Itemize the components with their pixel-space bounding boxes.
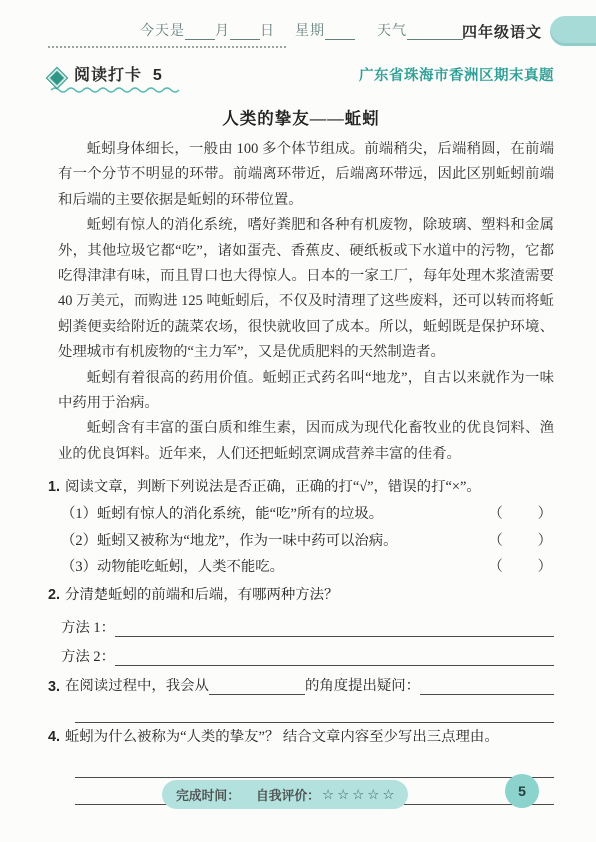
footer-summary-pill: 完成时间： 自我评价： ☆☆☆☆☆ (162, 780, 408, 809)
question-number: 3. (48, 679, 60, 695)
answer-bracket[interactable]: （ ） (488, 554, 554, 581)
method-1-blank[interactable] (115, 616, 554, 637)
passage-paragraph: 蚯蚓身体细长，一般由 100 多个体节组成。前端稍尖，后端稍圆，在前端有一个分节… (58, 137, 554, 213)
month-blank[interactable] (185, 25, 215, 40)
question-number: 1. (48, 479, 60, 495)
page-number-badge: 5 (505, 774, 539, 808)
doubt-blank[interactable] (420, 674, 554, 695)
month-label: 月 (215, 20, 230, 40)
true-false-item: （2）蚯蚓又被称为“地龙”，作为一味中药可以治病。 （ ） (48, 528, 554, 555)
article-title: 人类的挚友——蚯蚓 (48, 105, 554, 129)
answer-line[interactable] (75, 751, 554, 778)
question-2-text: 2.分清楚蚯蚓的前端和后端，有哪两种方法？ (48, 582, 554, 609)
date-prefix-label: 今天是 (140, 20, 185, 40)
question-1: 1.阅读文章，判断下列说法是否正确，正确的打“√”，错误的打“×”。 （1）蚯蚓… (48, 474, 554, 581)
question-1-text: 1.阅读文章，判断下列说法是否正确，正确的打“√”，错误的打“×”。 (48, 474, 554, 501)
answer-bracket[interactable]: （ ） (488, 528, 554, 555)
week-blank[interactable] (325, 25, 355, 40)
method-2-label: 方法 2： (61, 645, 115, 666)
item-text: （3）动物能吃蚯蚓，人类不能吃。 (61, 554, 284, 581)
question-3: 3.在阅读过程中，我会从的角度提出疑问： (48, 667, 554, 723)
passage-paragraph: 蚯蚓有惊人的消化系统，嗜好粪肥和各种有机废物，除玻璃、塑料和金属外，其他垃圾它都… (58, 213, 554, 365)
item-text: （1）蚯蚓有惊人的消化系统，能“吃”所有的垃圾。 (61, 501, 383, 528)
wavy-underline (50, 86, 184, 93)
method-1-label: 方法 1： (61, 616, 115, 637)
question-2: 2.分清楚蚯蚓的前端和后端，有哪两种方法？ 方法 1： 方法 2： (48, 582, 554, 666)
bookmark-tab-icon (550, 16, 596, 46)
weather-blank[interactable] (407, 25, 463, 40)
badge-title: 阅读打卡 5 (74, 62, 163, 85)
reading-badge: 阅读打卡 5 (48, 62, 184, 93)
day-label: 日 (260, 20, 275, 40)
completion-time-label: 完成时间： (176, 785, 240, 804)
self-evaluation-label: 自我评价： (256, 785, 320, 804)
week-label: 星期 (295, 20, 325, 40)
question-number: 2. (48, 587, 60, 603)
weather-label: 天气 (377, 20, 407, 40)
grade-tab-label: 四年级语文 (462, 21, 542, 42)
true-false-item: （3）动物能吃蚯蚓，人类不能吃。 （ ） (48, 554, 554, 581)
method-1-row: 方法 1： (48, 609, 554, 638)
grade-tab: 四年级语文 (462, 16, 596, 46)
passage-paragraph: 蚯蚓有着很高的药用价值。蚯蚓正式药名叫“地龙”，自古以来就作为一味中药用于治病。 (58, 366, 554, 417)
item-text: （2）蚯蚓又被称为“地龙”，作为一味中药可以治病。 (61, 528, 398, 555)
question-number: 4. (48, 729, 60, 745)
article-passage: 蚯蚓身体细长，一般由 100 多个体节组成。前端稍尖，后端稍圆，在前端有一个分节… (48, 137, 554, 467)
answer-bracket[interactable]: （ ） (488, 501, 554, 528)
exam-source-label: 广东省珠海市香洲区期末真题 (359, 64, 554, 85)
diamond-icon (47, 68, 67, 88)
answer-line[interactable] (75, 695, 554, 723)
day-blank[interactable] (230, 25, 260, 40)
passage-paragraph: 蚯蚓含有丰富的蛋白质和维生素，因而成为现代化畜牧业的优良饲料、渔业的优良饵料。近… (58, 416, 554, 467)
angle-blank[interactable] (209, 676, 305, 695)
rating-stars[interactable]: ☆☆☆☆☆ (322, 787, 398, 803)
question-3-text: 3.在阅读过程中，我会从的角度提出疑问： (48, 667, 554, 695)
question-list: 1.阅读文章，判断下列说法是否正确，正确的打“√”，错误的打“×”。 （1）蚯蚓… (48, 474, 554, 805)
worksheet-page: 今天是月日星期天气 四年级语文 阅读打卡 5 广东省珠海市香洲区期末真题 人类的… (0, 0, 596, 842)
section-header: 阅读打卡 5 广东省珠海市香洲区期末真题 (48, 62, 554, 93)
question-4-text: 4.蚯蚓为什么被称为“人类的挚友”？ 结合文章内容至少写出三点理由。 (48, 724, 554, 751)
dotted-divider (48, 45, 286, 48)
true-false-item: （1）蚯蚓有惊人的消化系统，能“吃”所有的垃圾。 （ ） (48, 501, 554, 528)
method-2-row: 方法 2： (48, 637, 554, 666)
method-2-blank[interactable] (115, 645, 554, 666)
